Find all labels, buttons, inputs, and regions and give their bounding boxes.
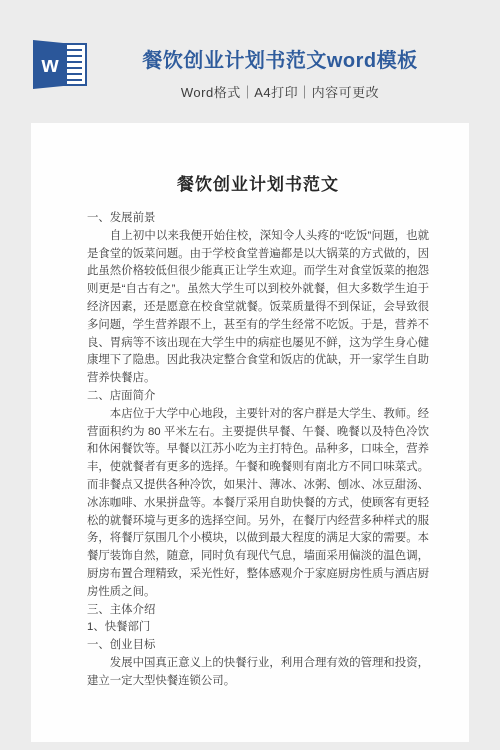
template-title: 餐饮创业计划书范文word模板: [60, 44, 500, 73]
document-paragraph: 发展中国真正意义上的快餐行业，利用合理有效的管理和投资，建立一定大型快餐连锁公司…: [87, 655, 429, 691]
document-heading: 三、主体介绍: [87, 602, 429, 620]
document-page-preview: 餐饮创业计划书范文 一、发展前景自上初中以来我便开始住校，深知令人头疼的“吃饭”…: [31, 123, 469, 742]
header-text-block: 餐饮创业计划书范文word模板 Word格式｜A4打印｜内容可更改: [60, 44, 500, 101]
document-heading: 一、创业目标: [87, 637, 429, 655]
document-heading: 二、店面简介: [87, 388, 429, 406]
document-title: 餐饮创业计划书范文: [87, 170, 429, 195]
document-paragraph: 本店位于大学中心地段，主要针对的客户群是大学生、教师。经营面积约为 80 平米左…: [87, 406, 429, 602]
template-subtitle: Word格式｜A4打印｜内容可更改: [60, 82, 500, 101]
document-heading: 1、快餐部门: [87, 619, 429, 637]
document-body: 一、发展前景自上初中以来我便开始住校，深知令人头疼的“吃饭”问题，也就是食堂的饭…: [87, 210, 429, 691]
page-bottom-margin: [0, 742, 500, 750]
document-heading: 一、发展前景: [87, 210, 429, 228]
template-header: w 餐饮创业计划书范文word模板 Word格式｜A4打印｜内容可更改: [0, 0, 500, 123]
document-paragraph: 自上初中以来我便开始住校，深知令人头疼的“吃饭”问题，也就是食堂的饭菜问题。由于…: [87, 228, 429, 388]
